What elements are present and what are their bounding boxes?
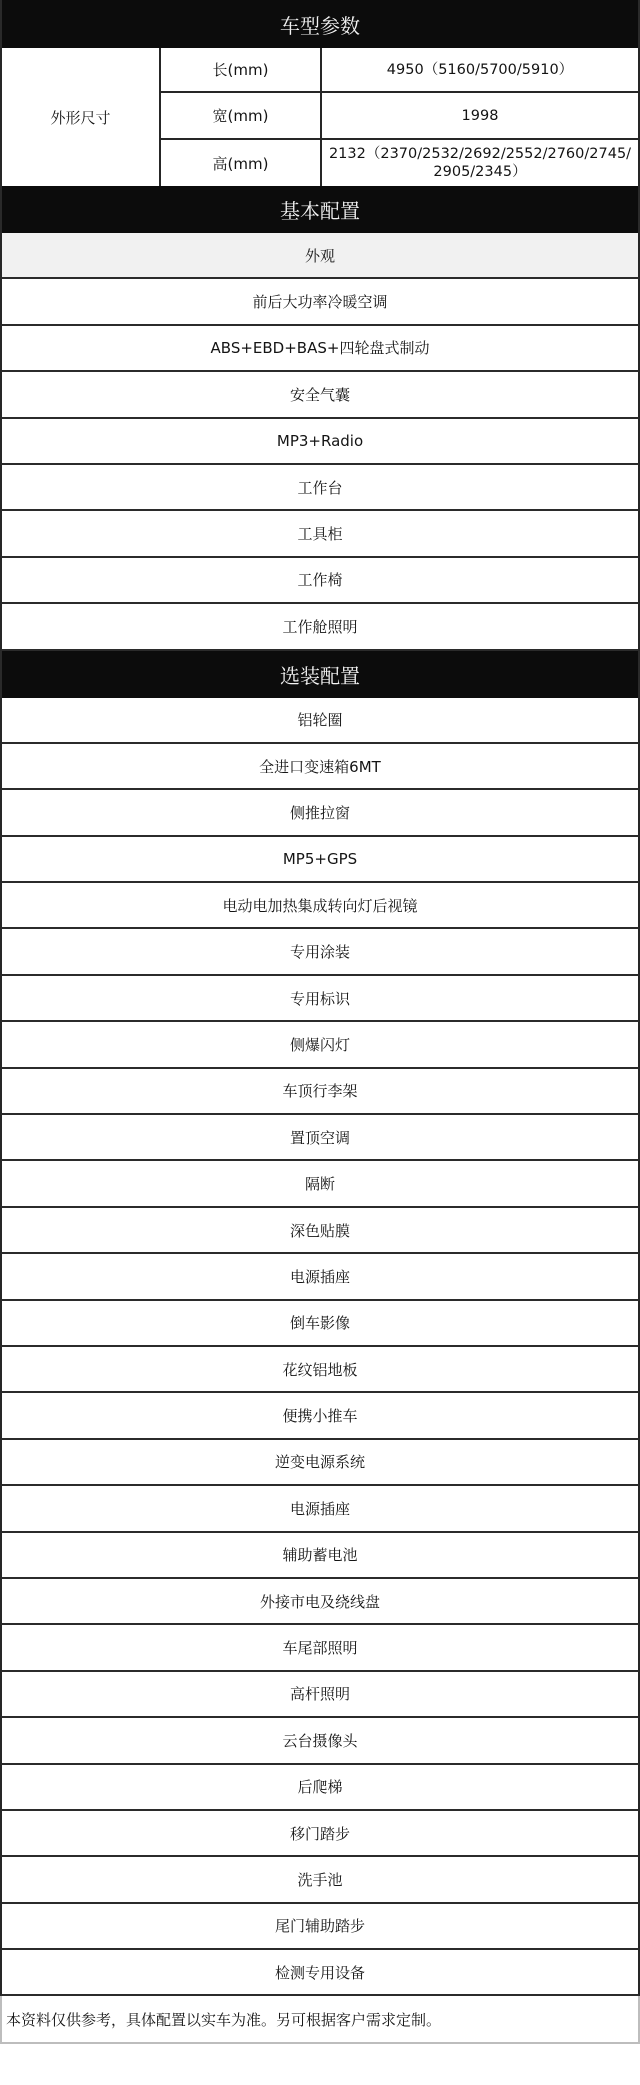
basic-config-item: 前后大功率冷暖空调	[0, 279, 640, 325]
optional-config-item: 移门踏步	[0, 1811, 640, 1857]
optional-config-item: 便携小推车	[0, 1393, 640, 1439]
dimension-value: 1998	[322, 93, 638, 138]
basic-config-item: 工作台	[0, 465, 640, 511]
optional-config-item: 尾门辅助踏步	[0, 1904, 640, 1950]
optional-config-item: 隔断	[0, 1161, 640, 1207]
optional-config-item: 车尾部照明	[0, 1625, 640, 1671]
optional-config-item: 电动电加热集成转向灯后视镜	[0, 883, 640, 929]
dimension-value: 2132（2370/2532/2692/2552/2760/2745/2905/…	[322, 140, 638, 186]
dimension-value: 4950（5160/5700/5910）	[322, 48, 638, 91]
dimension-label: 长(mm)	[161, 48, 322, 91]
dimension-row-width: 宽(mm) 1998	[161, 93, 638, 140]
optional-config-item: 辅助蓄电池	[0, 1533, 640, 1579]
disclaimer-note: 本资料仅供参考，具体配置以实车为准。另可根据客户需求定制。	[0, 1996, 640, 2044]
exterior-subheader: 外观	[0, 233, 640, 279]
optional-config-item: 全进口变速箱6MT	[0, 744, 640, 790]
dimension-label: 高(mm)	[161, 140, 322, 186]
basic-config-item: 工作舱照明	[0, 604, 640, 650]
optional-config-item: 倒车影像	[0, 1301, 640, 1347]
optional-config-item: 侧推拉窗	[0, 790, 640, 836]
optional-config-header: 选装配置	[0, 651, 640, 698]
spec-sheet: 车型参数 外形尺寸 长(mm) 4950（5160/5700/5910） 宽(m…	[0, 0, 640, 2044]
basic-config-item: ABS+EBD+BAS+四轮盘式制动	[0, 326, 640, 372]
basic-config-header: 基本配置	[0, 186, 640, 233]
dimension-row-length: 长(mm) 4950（5160/5700/5910）	[161, 48, 638, 93]
optional-config-item: 后爬梯	[0, 1765, 640, 1811]
dimensions-group-label: 外形尺寸	[2, 48, 161, 186]
basic-config-item: 工作椅	[0, 558, 640, 604]
optional-config-item: MP5+GPS	[0, 837, 640, 883]
basic-config-item: 安全气囊	[0, 372, 640, 418]
optional-config-item: 洗手池	[0, 1857, 640, 1903]
optional-config-item: 专用标识	[0, 976, 640, 1022]
optional-config-item: 车顶行李架	[0, 1069, 640, 1115]
optional-config-item: 逆变电源系统	[0, 1440, 640, 1486]
dimension-label: 宽(mm)	[161, 93, 322, 138]
optional-config-item: 云台摄像头	[0, 1718, 640, 1764]
optional-config-item: 置顶空调	[0, 1115, 640, 1161]
optional-config-item: 铝轮圈	[0, 698, 640, 744]
optional-config-item: 侧爆闪灯	[0, 1022, 640, 1068]
dimensions-block: 外形尺寸 长(mm) 4950（5160/5700/5910） 宽(mm) 19…	[0, 48, 640, 186]
basic-config-item: 工具柜	[0, 511, 640, 557]
optional-config-item: 外接市电及绕线盘	[0, 1579, 640, 1625]
optional-config-item: 高杆照明	[0, 1672, 640, 1718]
optional-config-item: 电源插座	[0, 1254, 640, 1300]
optional-config-item: 电源插座	[0, 1486, 640, 1532]
optional-config-item: 检测专用设备	[0, 1950, 640, 1996]
optional-config-item: 深色贴膜	[0, 1208, 640, 1254]
dimension-row-height: 高(mm) 2132（2370/2532/2692/2552/2760/2745…	[161, 140, 638, 186]
optional-config-item: 专用涂装	[0, 929, 640, 975]
optional-config-item: 花纹铝地板	[0, 1347, 640, 1393]
vehicle-params-header: 车型参数	[0, 0, 640, 48]
basic-config-item: MP3+Radio	[0, 419, 640, 465]
